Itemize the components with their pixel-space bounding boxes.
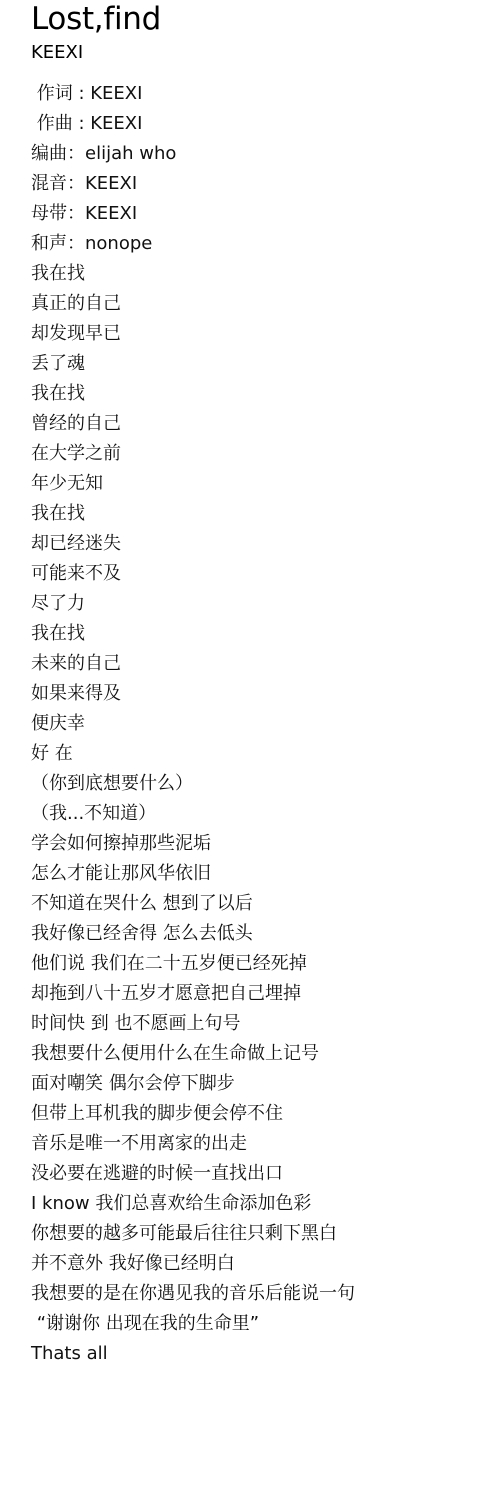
lyric-line: 可能来不及 <box>31 559 355 589</box>
lyric-line: 我想要什么便用什么在生命做上记号 <box>31 1039 355 1069</box>
lyric-line: 面对嘲笑 偶尔会停下脚步 <box>31 1069 355 1099</box>
lyric-line: “谢谢你 出现在我的生命里” <box>31 1309 355 1339</box>
credit-mixing: 混音：KEEXI <box>31 169 355 199</box>
lyric-line: 我在找 <box>31 499 355 529</box>
lyric-line: 但带上耳机我的脚步便会停不住 <box>31 1099 355 1129</box>
lyric-line: 却已经迷失 <box>31 529 355 559</box>
lyric-line: 丢了魂 <box>31 349 355 379</box>
lyric-line: 真正的自己 <box>31 289 355 319</box>
lyric-line: 在大学之前 <box>31 439 355 469</box>
lyric-line: 年少无知 <box>31 469 355 499</box>
lyric-line: 没必要在逃避的时候一直找出口 <box>31 1159 355 1189</box>
lyric-line: Thats all <box>31 1339 355 1369</box>
lyric-line: 他们说 我们在二十五岁便已经死掉 <box>31 949 355 979</box>
lyric-line: 好 在 <box>31 739 355 769</box>
lyric-line: 我想要的是在你遇见我的音乐后能说一句 <box>31 1279 355 1309</box>
lyric-line: I know 我们总喜欢给生命添加色彩 <box>31 1189 355 1219</box>
song-title: Lost,find <box>31 0 161 38</box>
lyric-line: 如果来得及 <box>31 679 355 709</box>
lyric-line: 未来的自己 <box>31 649 355 679</box>
lyric-line: （你到底想要什么） <box>31 769 355 799</box>
lyric-line: 却发现早已 <box>31 319 355 349</box>
lyric-line: 却拖到八十五岁才愿意把自己埋掉 <box>31 979 355 1009</box>
lyric-line: 我好像已经舍得 怎么去低头 <box>31 919 355 949</box>
lyric-line: 学会如何擦掉那些泥垢 <box>31 829 355 859</box>
lyric-line: 我在找 <box>31 619 355 649</box>
lyric-line: 我在找 <box>31 259 355 289</box>
lyric-line: 你想要的越多可能最后往往只剩下黑白 <box>31 1219 355 1249</box>
lyric-line: 不知道在哭什么 想到了以后 <box>31 889 355 919</box>
credit-lyricist: 作词 : KEEXI <box>31 79 355 109</box>
lyric-line: 音乐是唯一不用离家的出走 <box>31 1129 355 1159</box>
lyric-line: 我在找 <box>31 379 355 409</box>
credit-arranger: 编曲：elijah who <box>31 139 355 169</box>
song-artist: KEEXI <box>31 41 83 65</box>
lyric-line: （我...不知道） <box>31 799 355 829</box>
lyrics-list: 作词 : KEEXI 作曲 : KEEXI 编曲：elijah who 混音：K… <box>31 79 355 1369</box>
lyric-line: 曾经的自己 <box>31 409 355 439</box>
lyric-line: 并不意外 我好像已经明白 <box>31 1249 355 1279</box>
credit-mastering: 母带：KEEXI <box>31 199 355 229</box>
lyric-line: 便庆幸 <box>31 709 355 739</box>
lyric-line: 尽了力 <box>31 589 355 619</box>
lyric-line: 时间快 到 也不愿画上句号 <box>31 1009 355 1039</box>
credit-harmony: 和声：nonope <box>31 229 355 259</box>
lyric-line: 怎么才能让那风华依旧 <box>31 859 355 889</box>
credit-composer: 作曲 : KEEXI <box>31 109 355 139</box>
